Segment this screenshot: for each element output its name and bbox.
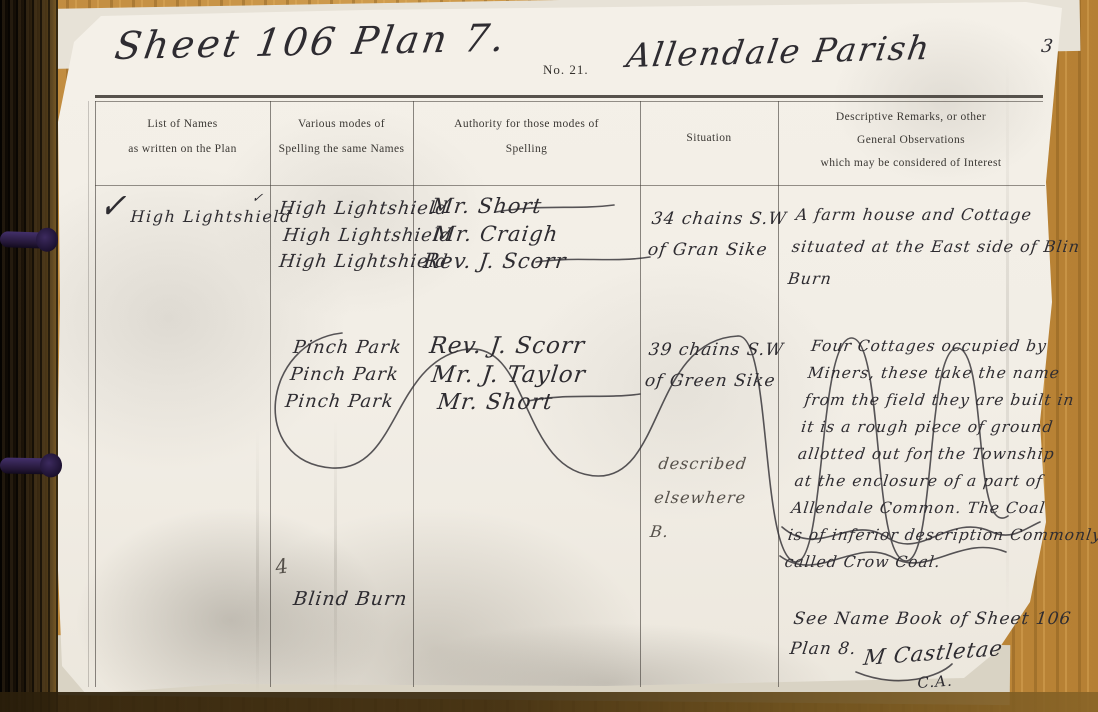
row2-authority-1: Rev. J. Scorr <box>428 333 587 359</box>
header-bottom-rule <box>95 185 1045 186</box>
row1-authority-2: Mr. Craigh <box>432 222 560 246</box>
row1-authority-3: Rev. J. Scorr <box>422 249 568 273</box>
row3-name: Blind Burn <box>292 588 409 610</box>
row2-situation: 39 chains S.W of Green Sike <box>643 335 786 397</box>
column-header-authority: Authority for those modes of Spelling <box>413 112 640 162</box>
row2-authority-2: Mr. J. Taylor <box>430 362 587 388</box>
row2-authority-3: Mr. Short <box>436 390 555 415</box>
row1-situation: 34 chains S.W of Gran Sike <box>646 204 789 266</box>
column-header-names: List of Names as written on the Plan <box>95 112 270 162</box>
row1-name: High Lightshield <box>130 207 292 226</box>
table-left-border <box>95 101 96 687</box>
page-number: 3 <box>1040 36 1055 57</box>
table-top-rule <box>95 95 1043 98</box>
tick-icon: ✓ <box>251 191 265 206</box>
photographed-name-book-page: Sheet 106 Plan 7. No. 21. Allendale Pari… <box>0 0 1098 712</box>
page-content: Sheet 106 Plan 7. No. 21. Allendale Pari… <box>0 0 1098 712</box>
form-number: No. 21. <box>543 62 589 78</box>
parish-title: Allendale Parish <box>624 28 934 75</box>
sheet-plan-title: Sheet 106 Plan 7. <box>112 16 510 68</box>
column-header-situation: Situation <box>640 126 778 151</box>
margin-rule <box>88 101 89 687</box>
row2-spelling-1: Pinch Park <box>292 337 403 358</box>
examiner-initials: C.A. <box>917 672 953 692</box>
row2-spelling-3: Pinch Park <box>284 391 395 412</box>
row2-surveyor-note: described elsewhere B. <box>648 447 752 549</box>
table-top-rule-thin <box>95 101 1043 102</box>
row3-tally-mark: 4 <box>274 553 291 579</box>
column-divider-3 <box>640 101 641 687</box>
column-header-spelling-modes: Various modes of Spelling the same Names <box>270 112 413 162</box>
column-divider-2 <box>413 101 414 687</box>
row1-spelling-2: High Lightshield <box>282 225 453 246</box>
row2-remarks: Four Cottages occupied by Miners, these … <box>783 333 1098 576</box>
row1-spelling-1: High Lightshield <box>278 198 449 219</box>
checkmark-icon: ✓ <box>98 183 129 229</box>
row2-spelling-2: Pinch Park <box>289 364 400 385</box>
row1-authority-1: Mr. Short <box>430 194 544 218</box>
column-header-remarks: Descriptive Remarks, or other General Ob… <box>778 106 1044 175</box>
column-divider-1 <box>270 101 271 687</box>
row1-remarks: A farm house and Cottage situated at the… <box>786 199 1086 295</box>
